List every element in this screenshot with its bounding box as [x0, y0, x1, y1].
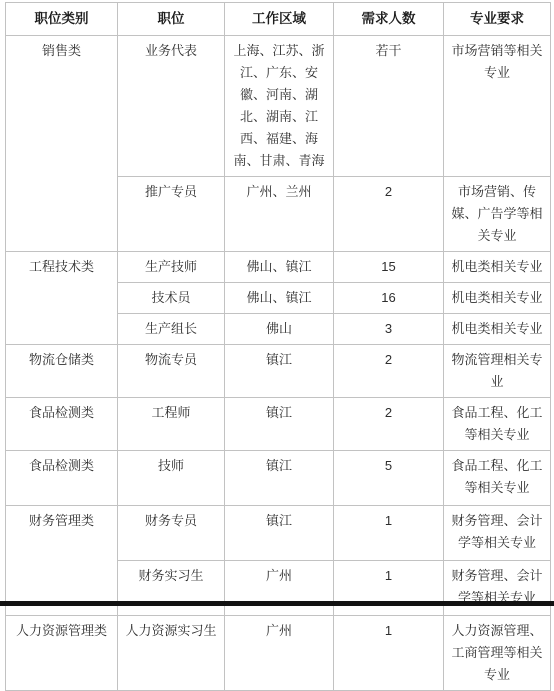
cell-position: 财务专员 [118, 506, 225, 561]
cell-category: 食品检测类 [6, 398, 118, 451]
recruitment-table: 职位类别 职位 工作区域 需求人数 专业要求 销售类 业务代表 上海、江苏、浙江… [5, 2, 551, 691]
cell-requirement: 机电类相关专业 [444, 314, 551, 345]
header-requirement: 专业要求 [444, 3, 551, 36]
cell-position: 推广专员 [118, 177, 225, 252]
cell-requirement: 机电类相关专业 [444, 252, 551, 283]
table-row: 财务管理类 财务专员 镇江 1 财务管理、会计学等相关专业 [6, 506, 551, 561]
cell-requirement: 市场营销等相关专业 [444, 36, 551, 177]
cell-category: 物流仓储类 [6, 345, 118, 398]
table-row: 食品检测类 技师 镇江 5 食品工程、化工等相关专业 [6, 451, 551, 506]
header-region: 工作区域 [225, 3, 334, 36]
table-row: 人力资源管理类 人力资源实习生 广州 1 人力资源管理、工商管理等相关专业 [6, 616, 551, 691]
cell-requirement: 财务管理、会计学等相关专业 [444, 506, 551, 561]
table-row: 食品检测类 工程师 镇江 2 食品工程、化工等相关专业 [6, 398, 551, 451]
table-row: 物流仓储类 物流专员 镇江 2 物流管理相关专业 [6, 345, 551, 398]
header-position: 职位 [118, 3, 225, 36]
cell-requirement: 市场营销、传媒、广告学等相关专业 [444, 177, 551, 252]
cell-headcount: 2 [334, 177, 444, 252]
cell-region: 佛山 [225, 314, 334, 345]
cell-position: 生产技师 [118, 252, 225, 283]
cell-region: 广州、兰州 [225, 177, 334, 252]
cell-region: 镇江 [225, 451, 334, 506]
table-row: 销售类 业务代表 上海、江苏、浙江、广东、安徽、河南、湖北、湖南、江西、福建、海… [6, 36, 551, 177]
cell-position: 技术员 [118, 283, 225, 314]
recruitment-page: 职位类别 职位 工作区域 需求人数 专业要求 销售类 业务代表 上海、江苏、浙江… [0, 0, 554, 609]
cell-requirement: 人力资源管理、工商管理等相关专业 [444, 616, 551, 691]
cell-position: 技师 [118, 451, 225, 506]
cell-category: 人力资源管理类 [6, 616, 118, 691]
cell-headcount: 16 [334, 283, 444, 314]
cell-headcount: 1 [334, 616, 444, 691]
cell-region: 镇江 [225, 398, 334, 451]
cell-category: 财务管理类 [6, 506, 118, 616]
cell-headcount: 15 [334, 252, 444, 283]
cell-region: 镇江 [225, 506, 334, 561]
cell-position: 生产组长 [118, 314, 225, 345]
bottom-border-bar [0, 601, 554, 606]
cell-region: 佛山、镇江 [225, 252, 334, 283]
cell-region: 广州 [225, 561, 334, 616]
cell-headcount: 1 [334, 561, 444, 616]
cell-requirement: 机电类相关专业 [444, 283, 551, 314]
cell-region: 佛山、镇江 [225, 283, 334, 314]
cell-category: 销售类 [6, 36, 118, 252]
cell-position: 业务代表 [118, 36, 225, 177]
cell-region: 镇江 [225, 345, 334, 398]
cell-position: 物流专员 [118, 345, 225, 398]
cell-region: 上海、江苏、浙江、广东、安徽、河南、湖北、湖南、江西、福建、海南、甘肃、青海 [225, 36, 334, 177]
header-headcount: 需求人数 [334, 3, 444, 36]
cell-position: 工程师 [118, 398, 225, 451]
cell-position: 财务实习生 [118, 561, 225, 616]
cell-headcount: 2 [334, 345, 444, 398]
cell-category: 工程技术类 [6, 252, 118, 345]
cell-headcount: 2 [334, 398, 444, 451]
cell-requirement: 食品工程、化工等相关专业 [444, 398, 551, 451]
table-row: 工程技术类 生产技师 佛山、镇江 15 机电类相关专业 [6, 252, 551, 283]
cell-requirement: 食品工程、化工等相关专业 [444, 451, 551, 506]
header-category: 职位类别 [6, 3, 118, 36]
cell-requirement: 物流管理相关专业 [444, 345, 551, 398]
cell-region: 广州 [225, 616, 334, 691]
cell-category: 食品检测类 [6, 451, 118, 506]
cell-requirement: 财务管理、会计学等相关专业 [444, 561, 551, 616]
cell-headcount: 3 [334, 314, 444, 345]
header-row: 职位类别 职位 工作区域 需求人数 专业要求 [6, 3, 551, 36]
cell-headcount: 1 [334, 506, 444, 561]
cell-headcount: 若干 [334, 36, 444, 177]
cell-position: 人力资源实习生 [118, 616, 225, 691]
cell-headcount: 5 [334, 451, 444, 506]
